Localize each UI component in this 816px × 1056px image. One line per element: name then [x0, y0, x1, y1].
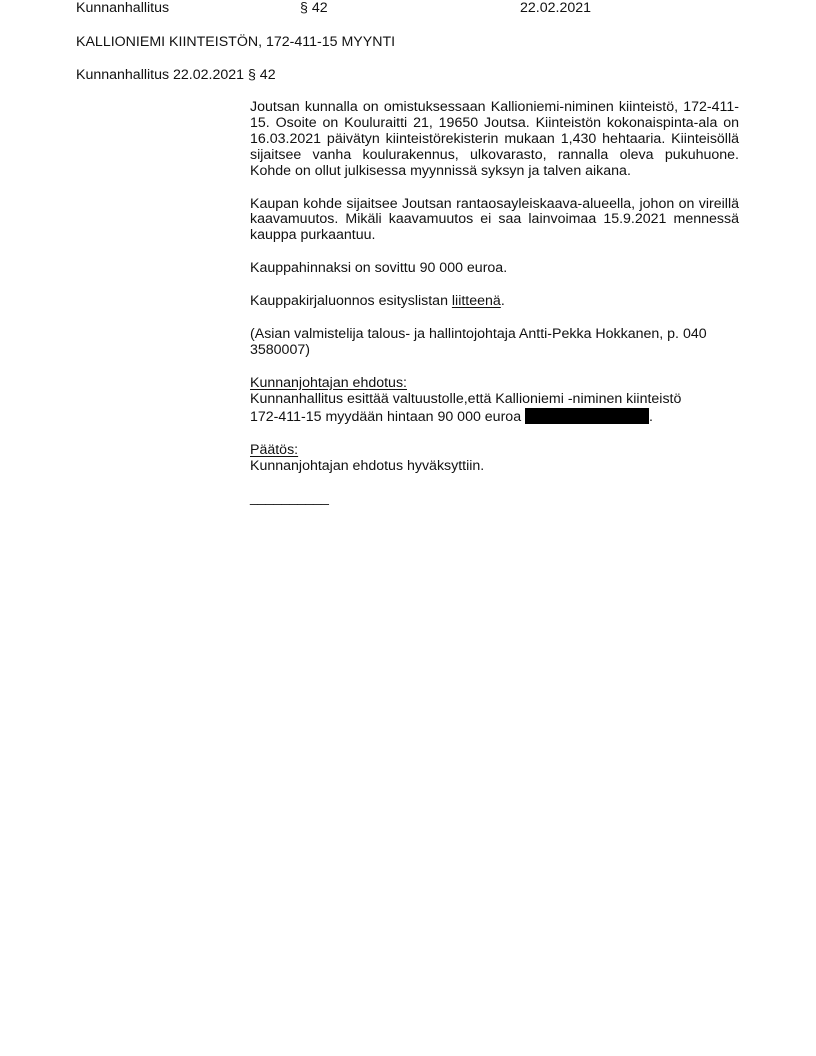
decision-section: Päätös: Kunnanjohtajan ehdotus hyväksytt… — [250, 443, 739, 475]
paragraph-zoning: Kaupan kohde sijaitsee Joutsan rantaosay… — [250, 197, 739, 245]
end-rule: __________ — [250, 491, 329, 507]
header-body-name: Kunnanhallitus — [76, 0, 169, 17]
attachment-link[interactable]: liitteenä — [452, 293, 501, 309]
header-date: 22.02.2021 — [520, 0, 591, 17]
redacted-block — [525, 408, 649, 424]
document-body: Joutsan kunnalla on omistuksessaan Kalli… — [250, 100, 739, 524]
paragraph-attachment: Kauppakirjaluonnos esityslistan liitteen… — [250, 294, 739, 310]
document-title: KALLIONIEMI KIINTEISTÖN, 172-411-15 MYYN… — [76, 34, 395, 51]
paragraph-price: Kauppahinnaksi on sovittu 90 000 euroa. — [250, 261, 739, 277]
proposal-section: Kunnanjohtajan ehdotus: Kunnanhallitus e… — [250, 376, 710, 426]
end-rule-line: __________ — [250, 491, 739, 507]
header-section: § 42 — [300, 0, 328, 17]
decision-text: Kunnanjohtajan ehdotus hyväksyttiin. — [250, 458, 484, 474]
paragraph-preparer: (Asian valmistelija talous- ja hallintoj… — [250, 327, 725, 359]
attachment-suffix: . — [501, 293, 505, 309]
meeting-reference: Kunnanhallitus 22.02.2021 § 42 — [76, 67, 276, 84]
decision-label: Päätös: — [250, 443, 739, 459]
paragraph-property-description: Joutsan kunnalla on omistuksessaan Kalli… — [250, 100, 739, 180]
proposal-label: Kunnanjohtajan ehdotus: — [250, 376, 710, 392]
proposal-suffix: . — [649, 409, 653, 425]
attachment-prefix: Kauppakirjaluonnos esityslistan — [250, 293, 452, 309]
